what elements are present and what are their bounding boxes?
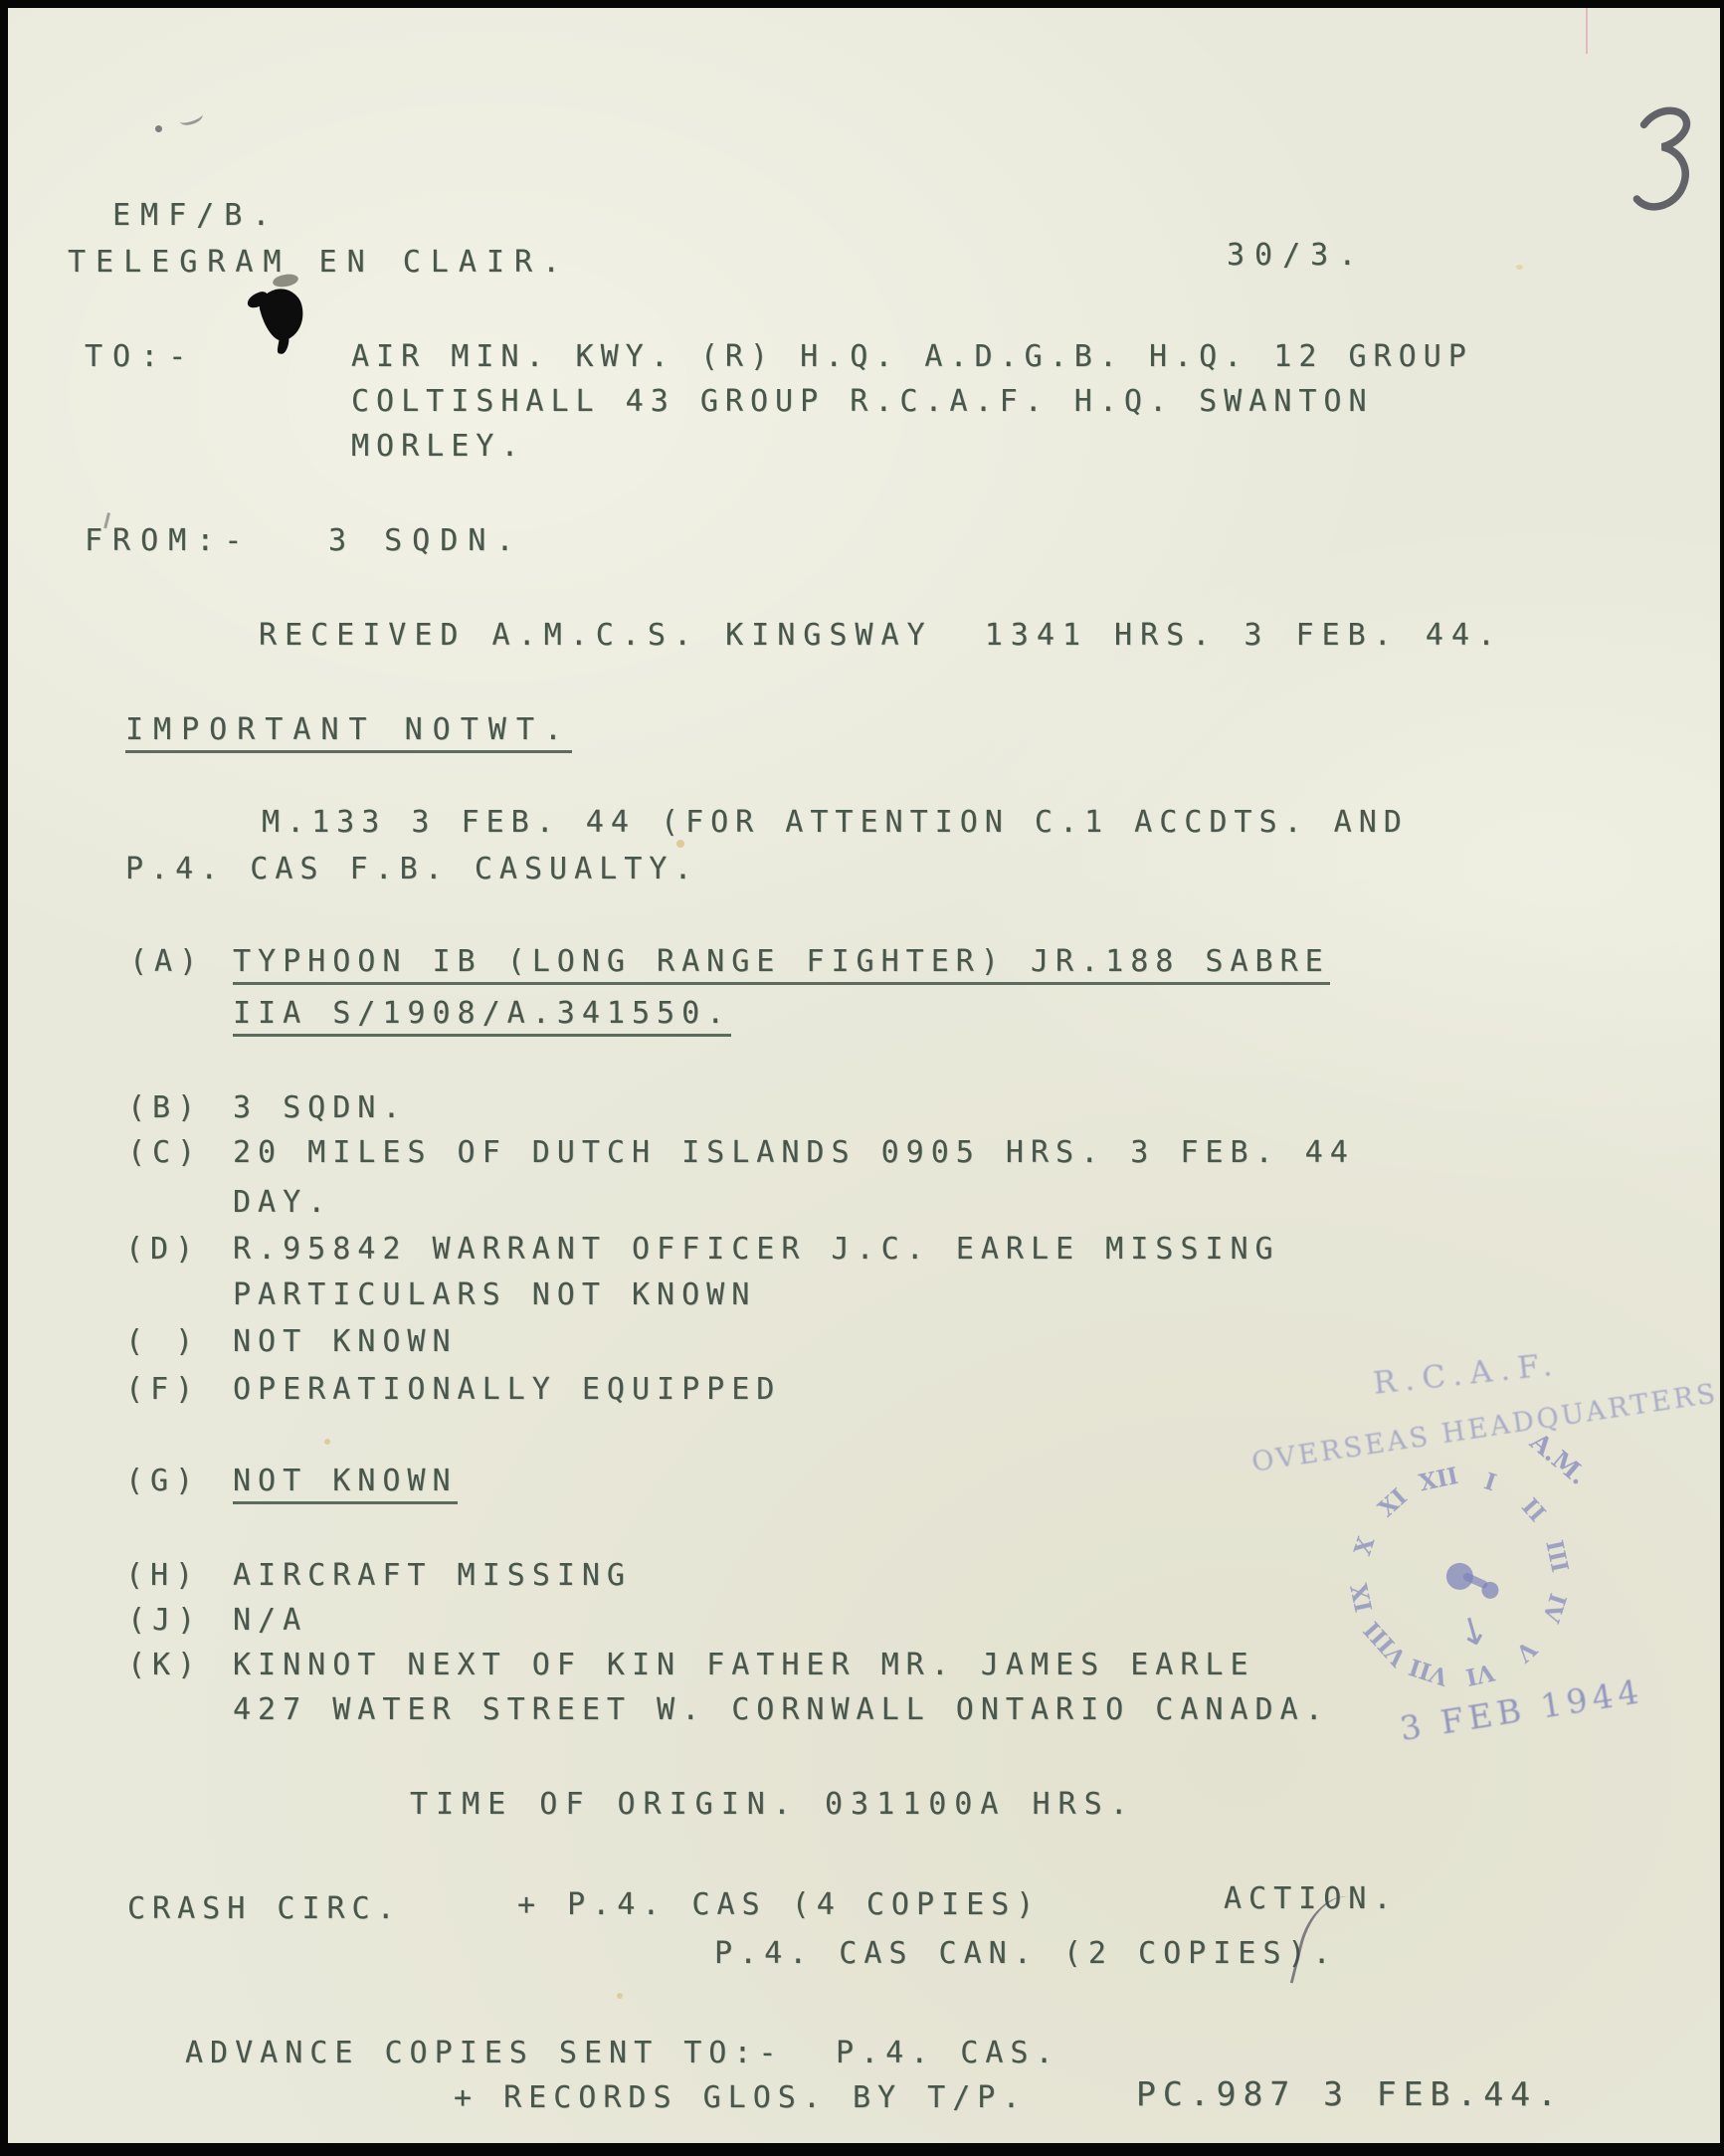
paper-speck [324, 1439, 330, 1445]
stamp-numeral-vi: VI [1463, 1661, 1496, 1688]
stamp-numeral-xi: XI [1375, 1485, 1412, 1521]
section-e-label: ( ) [125, 1327, 200, 1357]
scan-artifact-line [1586, 8, 1588, 54]
section-e-text: NOT KNOWN [233, 1327, 458, 1357]
handwritten-page-number [1625, 99, 1702, 228]
pencil-mark-tick [178, 108, 205, 128]
stamp-numeral-v: V [1512, 1637, 1541, 1666]
paper-speck [676, 840, 684, 848]
section-g-label: (G) [125, 1467, 200, 1496]
records-line: + RECORDS GLOS. BY T/P. [454, 2083, 1027, 2113]
handwritten-3-glyph [1625, 99, 1702, 224]
reference-code: EMF/B. [112, 201, 280, 231]
section-k-label: (K) [127, 1651, 202, 1680]
to-label: TO:- [85, 342, 196, 372]
section-a-line-1: TYPHOON IB (LONG RANGE FIGHTER) JR.188 S… [233, 947, 1330, 985]
stamp-numeral-x: X [1351, 1534, 1378, 1558]
stamp-numeral-viii: VIII [1360, 1618, 1411, 1670]
to-line-1: AIR MIN. KWY. (R) H.Q. A.D.G.B. H.Q. 12 … [351, 342, 1473, 372]
section-c-label: (C) [127, 1138, 202, 1168]
section-g-text: NOT KNOWN [233, 1467, 458, 1504]
action-label: ACTION. [1224, 1884, 1398, 1914]
section-a-line-2-text: IIA S/1908/A.341550. [233, 999, 731, 1037]
section-d-text: R.95842 WARRANT OFFICER J.C. EARLE MISSI… [233, 1235, 1280, 1265]
section-k-text: KINNOT NEXT OF KIN FATHER MR. JAMES EARL… [233, 1651, 1255, 1680]
scan-edge-left [0, 0, 8, 2156]
stamp-org-text: R.C.A.F. [1372, 1349, 1562, 1400]
stamp-numeral-vii: VII [1407, 1655, 1451, 1688]
stamp-meridiem-text: A.M. [1526, 1429, 1591, 1489]
section-d-label: (D) [125, 1235, 200, 1265]
folio-number: 30/3. [1227, 241, 1366, 271]
section-c-text-2: DAY. [233, 1188, 332, 1218]
section-d-text-2: PARTICULARS NOT KNOWN [233, 1280, 756, 1310]
section-j-text: N/A [233, 1606, 307, 1636]
paper-sheet: EMF/B. TELEGRAM EN CLAIR. 30/3. TO:- AIR… [8, 8, 1720, 2143]
section-j-label: (J) [127, 1606, 202, 1636]
can-copies: P.4. CAS CAN. (2 COPIES). [714, 1939, 1338, 1969]
stamp-clock-hand-knob-icon [1480, 1580, 1500, 1600]
section-f-label: (F) [125, 1375, 200, 1405]
paper-speck [1516, 265, 1523, 270]
scan-edge-right [1720, 0, 1724, 2156]
to-line-2: COLTISHALL 43 GROUP R.C.A.F. H.Q. SWANTO… [351, 387, 1374, 417]
stamp-numeral-i: I [1481, 1470, 1498, 1494]
pencil-mark-dot [155, 125, 162, 132]
stamp-numeral-ii: II [1518, 1494, 1549, 1525]
section-h-text: AIRCRAFT MISSING [233, 1561, 632, 1591]
received-line: RECEIVED A.M.C.S. KINGSWAY 1341 HRS. 3 F… [259, 621, 1503, 651]
section-k-text-2: 427 WATER STREET W. CORNWALL ONTARIO CAN… [233, 1695, 1330, 1725]
priority-heading-text: IMPORTANT NOTWT. [125, 715, 572, 753]
pc-reference: PC.987 3 FEB.44. [1136, 2077, 1564, 2110]
paper-speck [617, 1993, 623, 1999]
section-b-text: 3 SQDN. [233, 1093, 407, 1123]
classification-line: TELEGRAM EN CLAIR. [68, 248, 570, 278]
message-ref-line-1: M.133 3 FEB. 44 (FOR ATTENTION C.1 ACCDT… [262, 808, 1409, 838]
section-a-line-2: IIA S/1908/A.341550. [233, 999, 731, 1037]
scan-edge-bottom [0, 2143, 1724, 2156]
to-line-3: MORLEY. [351, 432, 525, 462]
section-c-text: 20 MILES OF DUTCH ISLANDS 0905 HRS. 3 FE… [233, 1138, 1355, 1168]
down-arrow-icon: ↓ [1452, 1610, 1493, 1655]
from-label: FROM:- [85, 526, 252, 556]
section-a-label: (A) [129, 947, 204, 977]
stamp-numeral-iv: IV [1539, 1591, 1570, 1625]
time-of-origin: TIME OF ORIGIN. 031100A HRS. [410, 1790, 1136, 1820]
section-g-text-underlined: NOT KNOWN [233, 1467, 458, 1504]
section-f-text: OPERATIONALLY EQUIPPED [233, 1375, 781, 1405]
stamp-office-text: OVERSEAS HEADQUARTERS [1250, 1380, 1720, 1476]
section-h-label: (H) [125, 1561, 200, 1591]
crash-circ-label: CRASH CIRC. [127, 1894, 402, 1924]
advance-copies-label: ADVANCE COPIES SENT TO:- [185, 2039, 783, 2068]
stamp-numeral-ix: IX [1348, 1581, 1376, 1614]
message-ref-line-2: P.4. CAS F.B. CASUALTY. [125, 855, 698, 884]
priority-heading: IMPORTANT NOTWT. [125, 715, 572, 753]
section-b-label: (B) [127, 1093, 202, 1123]
telegram-scan: EMF/B. TELEGRAM EN CLAIR. 30/3. TO:- AIR… [0, 0, 1724, 2156]
from-value: 3 SQDN. [328, 526, 523, 556]
section-a-line-1-text: TYPHOON IB (LONG RANGE FIGHTER) JR.188 S… [233, 947, 1330, 985]
stamp-numeral-xii: XII [1418, 1465, 1460, 1495]
scan-edge-top [0, 0, 1724, 8]
advance-copies-to: P.4. CAS. [836, 2039, 1060, 2068]
stamp-numeral-iii: III [1542, 1538, 1571, 1574]
action-copies: + P.4. CAS (4 COPIES) [517, 1890, 1041, 1920]
